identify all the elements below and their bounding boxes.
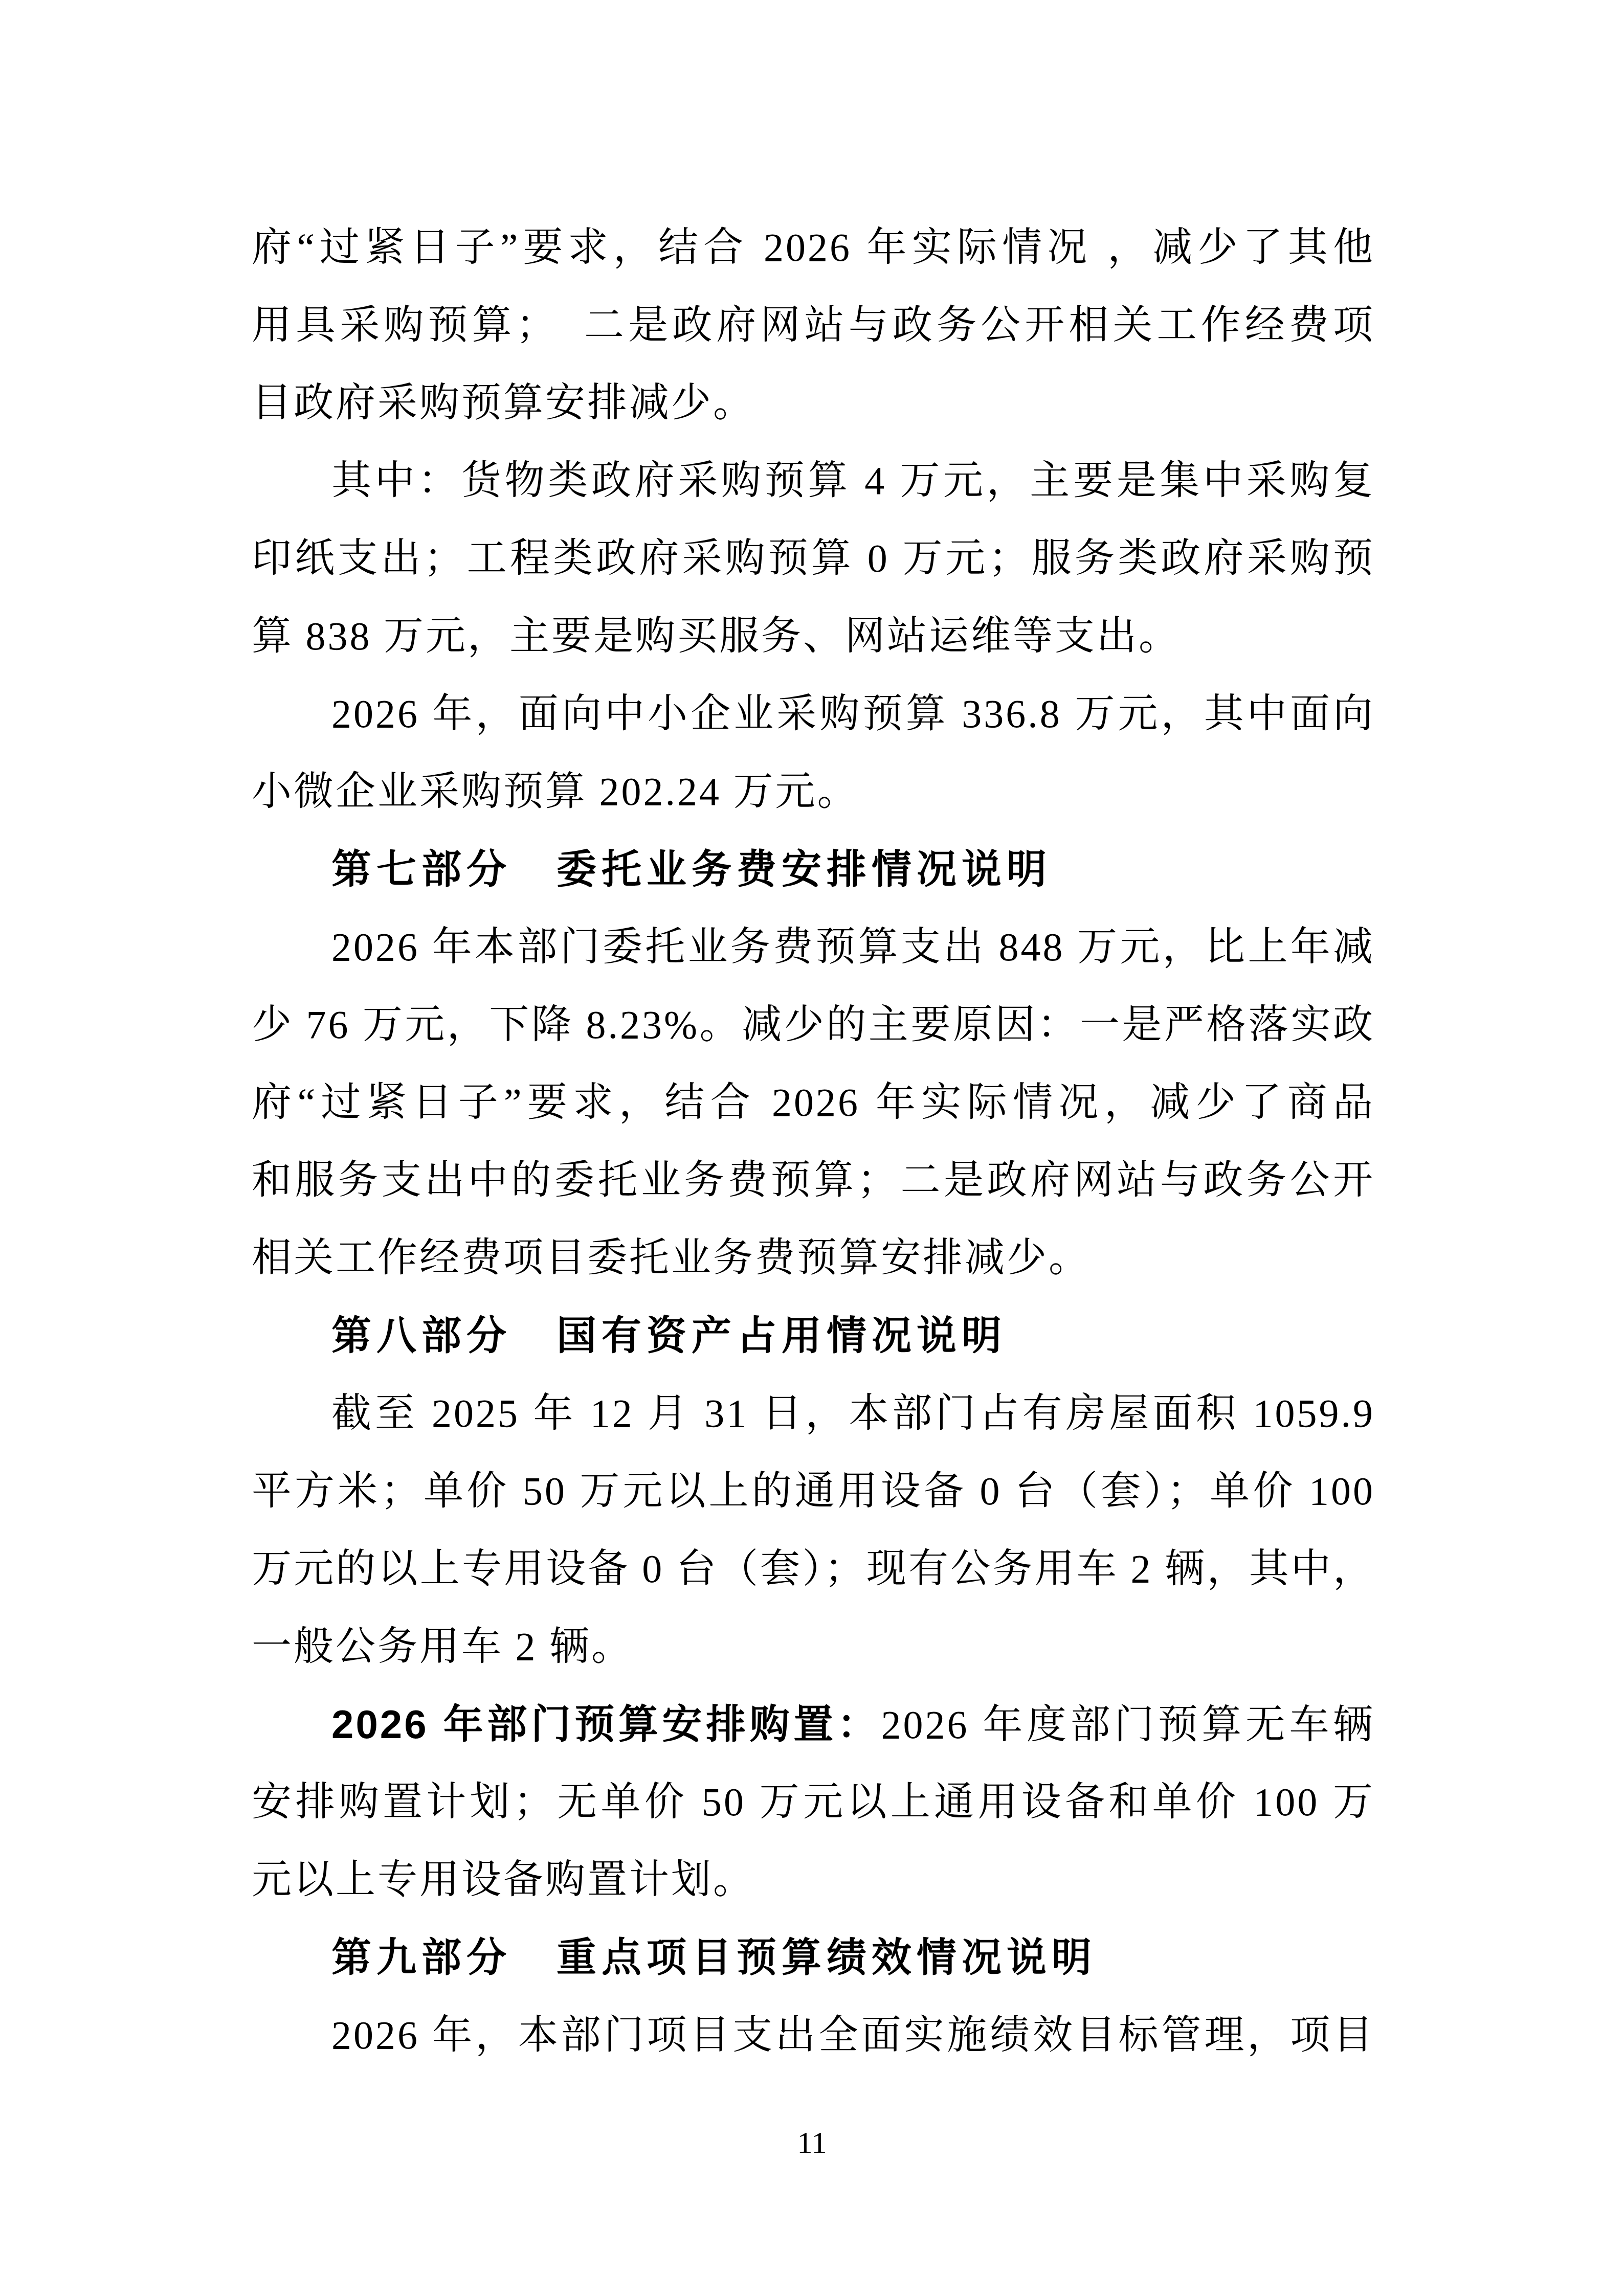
text-line: 小微企业采购预算 202.24 万元。 [252, 753, 1375, 830]
section-heading-part7: 第七部分 委托业务费安排情况说明 [252, 830, 1375, 908]
text-line: 算 838 万元，主要是购买服务、网站运维等支出。 [252, 597, 1375, 675]
text-line: 2026 年，面向中小企业采购预算 336.8 万元，其中面向 [252, 675, 1375, 753]
bold-lead-text: 2026 年部门预算安排购置： [331, 1702, 881, 1747]
text-line: 元以上专用设备购置计划。 [252, 1841, 1375, 1919]
text-line: 平方米；单价 50 万元以上的通用设备 0 台（套）；单价 100 [252, 1452, 1375, 1530]
text-line: 相关工作经费项目委托业务费预算安排减少。 [252, 1219, 1375, 1297]
text-line: 一般公务用车 2 辆。 [252, 1608, 1375, 1685]
text-line: 万元的以上专用设备 0 台（套）；现有公务用车 2 辆，其中， [252, 1530, 1375, 1608]
text-line: 和服务支出中的委托业务费预算；二是政府网站与政务公开 [252, 1141, 1375, 1219]
text-line: 印纸支出；工程类政府采购预算 0 万元；服务类政府采购预 [252, 520, 1375, 597]
document-page: 府“过紧日子”要求，结合 2026 年实际情况 ，减少了其他 用具采购预算； 二… [0, 0, 1624, 2296]
text-line: 用具采购预算； 二是政府网站与政务公开相关工作经费项 [252, 286, 1375, 364]
text-line: 府“过紧日子”要求，结合 2026 年实际情况，减少了商品 [252, 1064, 1375, 1141]
text-line: 府“过紧日子”要求，结合 2026 年实际情况 ，减少了其他 [252, 209, 1375, 286]
regular-text: 2026 年度部门预算无车辆 [881, 1702, 1375, 1747]
section-heading-part9: 第九部分 重点项目预算绩效情况说明 [252, 1919, 1375, 1996]
text-line: 安排购置计划；无单价 50 万元以上通用设备和单价 100 万 [252, 1763, 1375, 1841]
text-line: 少 76 万元，下降 8.23%。减少的主要原因：一是严格落实政 [252, 986, 1375, 1064]
document-body: 府“过紧日子”要求，结合 2026 年实际情况 ，减少了其他 用具采购预算； 二… [252, 209, 1375, 2074]
text-line-mixed-bold: 2026 年部门预算安排购置：2026 年度部门预算无车辆 [252, 1685, 1375, 1763]
section-heading-part8: 第八部分 国有资产占用情况说明 [252, 1297, 1375, 1375]
text-line: 2026 年本部门委托业务费预算支出 848 万元，比上年减 [252, 908, 1375, 986]
text-line: 目政府采购预算安排减少。 [252, 364, 1375, 442]
text-line: 截至 2025 年 12 月 31 日，本部门占有房屋面积 1059.9 [252, 1375, 1375, 1452]
text-line: 其中：货物类政府采购预算 4 万元，主要是集中采购复 [252, 442, 1375, 520]
page-number: 11 [0, 2122, 1624, 2163]
text-line: 2026 年，本部门项目支出全面实施绩效目标管理，项目 [252, 1996, 1375, 2074]
